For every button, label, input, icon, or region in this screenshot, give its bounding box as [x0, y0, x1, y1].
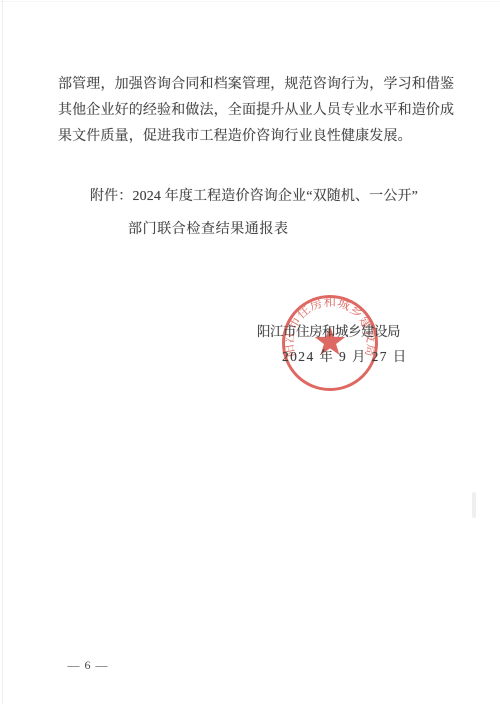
body-line: 部管理，加强咨询合同和档案管理，规范咨询行为，学习和借鉴	[58, 72, 448, 98]
scan-smudge-artifact	[472, 492, 476, 518]
attachment-line-2: 部门联合检查结果通报表	[128, 217, 289, 243]
page-number: — 6 —	[56, 656, 120, 674]
body-line: 果文件质量，促进我市工程造价咨询行业良性健康发展。	[58, 124, 448, 150]
signature-org: 阳江市住房和城乡建设局	[257, 319, 400, 345]
signature-date: 2024 年 9 月 27 日	[282, 344, 408, 370]
scan-edge-artifact	[0, 1, 500, 2]
document-page: 部管理，加强咨询合同和档案管理，规范咨询行为，学习和借鉴 其他企业好的经验和做法…	[0, 0, 500, 704]
body-paragraph: 部管理，加强咨询合同和档案管理，规范咨询行为，学习和借鉴 其他企业好的经验和做法…	[58, 72, 448, 150]
attachment-line-1: 附件：2024 年度工程造价咨询企业“双随机、一公开”	[90, 184, 418, 210]
body-line: 其他企业好的经验和做法，全面提升从业人员专业水平和造价成	[58, 98, 448, 124]
scan-edge-artifact	[2, 0, 3, 704]
